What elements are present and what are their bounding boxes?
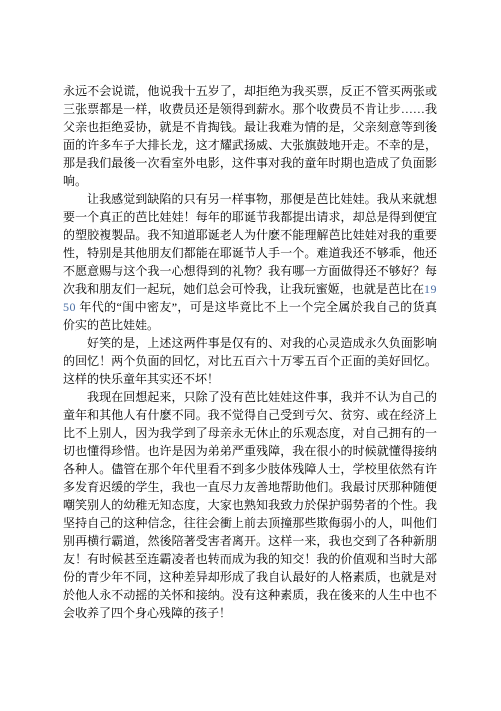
paragraph-text-before-year: 让我感觉到缺陷的只有另一样事物，那便是芭比娃娃。我从来就想要一个真正的芭比娃娃！… xyxy=(63,192,437,296)
paragraph-barbie-doll: 让我感觉到缺陷的只有另一样事物，那便是芭比娃娃。我从来就想要一个真正的芭比娃娃！… xyxy=(63,190,437,334)
paragraph-movie-ticket: 永远不会说谎，他说我十五岁了，却拒绝为我买票，反正不管买两张或三张票都是一样，收… xyxy=(63,82,437,190)
paragraph-happy-memories: 好笑的是，上述这两件事是仅有的、对我的心灵造成永久负面影响的回忆！两个负面的回忆… xyxy=(63,334,437,388)
paragraph-reflection: 我现在回想起来，只除了没有芭比娃娃这件事，我并不认为自己的童年和其他人有什麽不同… xyxy=(63,388,437,622)
paragraph-text-after-year: 年代的“闺中密友”，可是这毕竟比不上一个完全属於我自己的货真价实的芭比娃娃。 xyxy=(63,300,437,332)
text-block: 永远不会说谎，他说我十五岁了，却拒绝为我买票，反正不管买两张或三张票都是一样，收… xyxy=(63,82,437,622)
document-page: 永远不会说谎，他说我十五岁了，却拒绝为我买票，反正不管买两张或三张票都是一样，收… xyxy=(0,0,501,711)
